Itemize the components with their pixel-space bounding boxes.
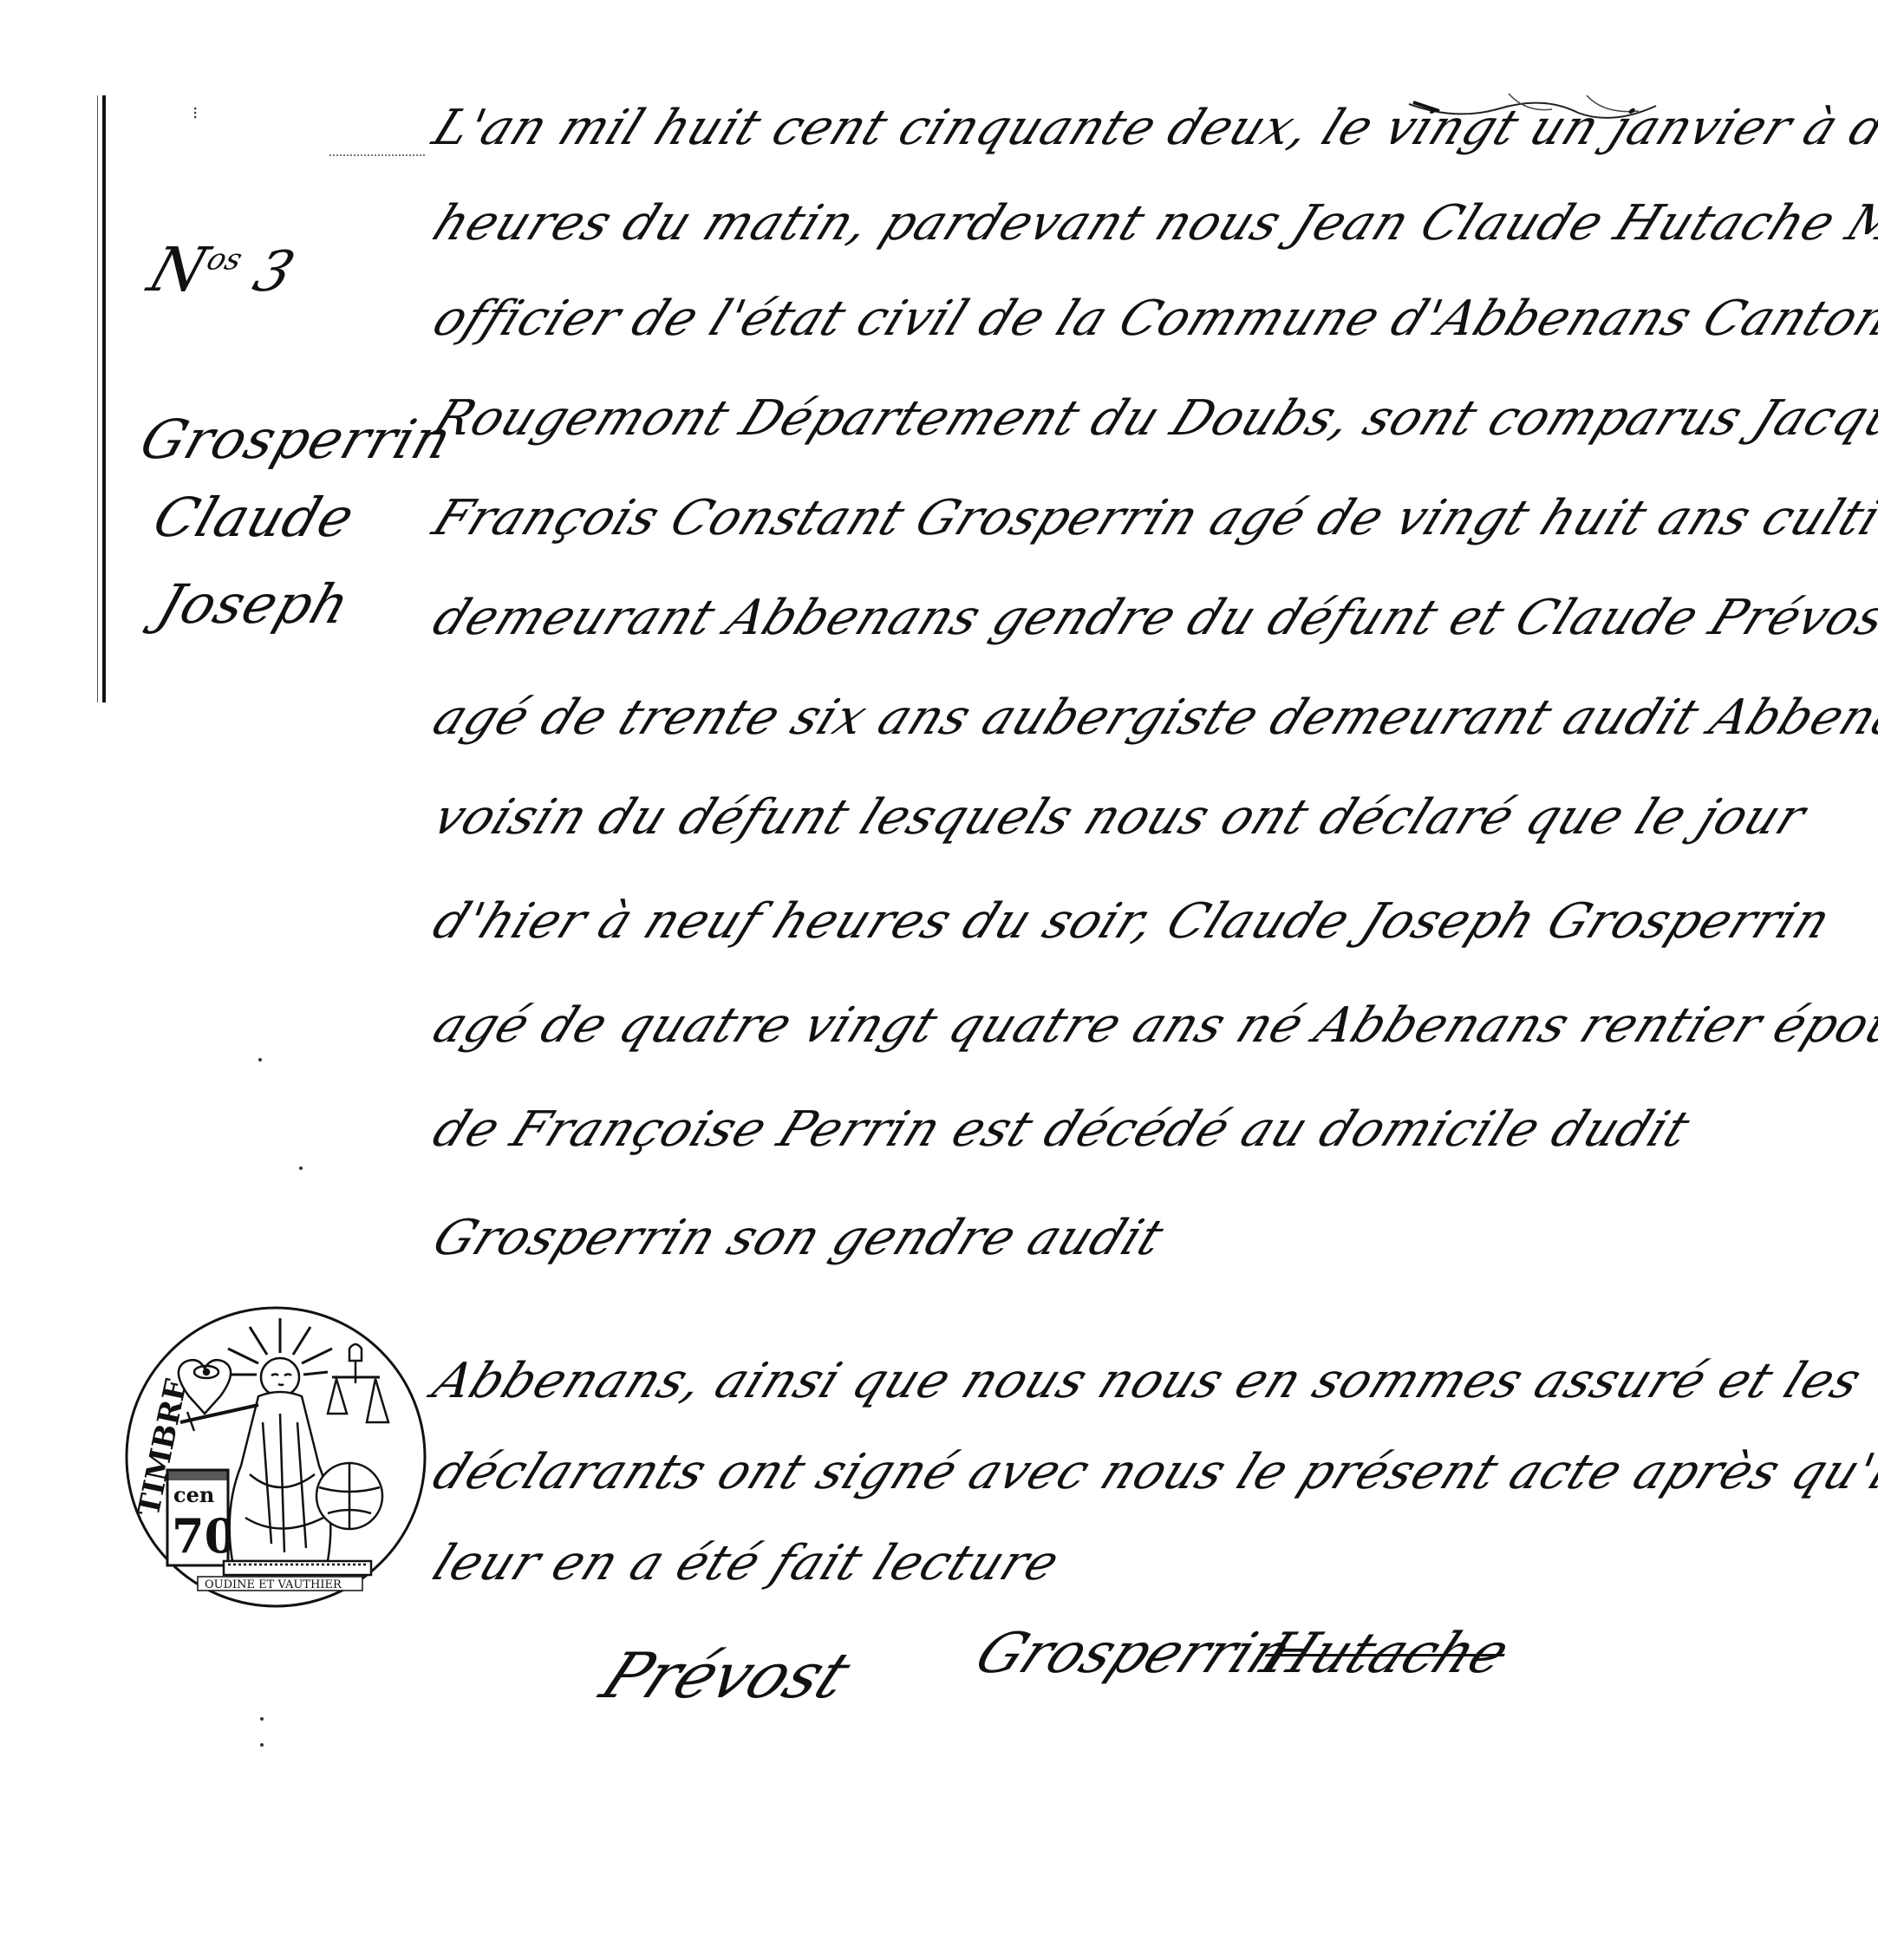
stamp-engraver: OUDINE ET VAUTHIER — [205, 1578, 342, 1591]
margin-surname: Grosperrin — [133, 408, 460, 471]
body-line-5: François Constant Grosperrin agé de ving… — [425, 490, 1878, 546]
body-line-7: agé de trente six ans aubergiste demeura… — [425, 689, 1878, 746]
leader-line — [329, 154, 425, 156]
body-line-3: officier de l'état civil de la Commune d… — [425, 291, 1878, 347]
body-line-9: d'hier à neuf heures du soir, Claude Jos… — [425, 893, 1839, 950]
body-line-11: de Françoise Perrin est décédé au domici… — [425, 1101, 1699, 1158]
scan-dot — [299, 1166, 303, 1170]
body-line-6: demeurant Abbenans gendre du défunt et C… — [425, 590, 1878, 646]
body-line-13: Abbenans, ainsi que nous nous en sommes … — [425, 1353, 1870, 1409]
body-line-14: déclarants ont signé avec nous le présen… — [425, 1444, 1878, 1500]
scan-dot — [260, 1743, 264, 1747]
signature-hutache: Hutache — [1251, 1622, 1520, 1686]
stamp-denomination-value: 70 — [172, 1508, 237, 1564]
entry-number: Nos 3 — [140, 234, 304, 305]
scan-dot — [260, 1717, 264, 1721]
ink-speck: ⁝ — [192, 102, 198, 123]
stamp-denomination-unit: cen — [173, 1482, 214, 1507]
margin-given-name-2: Joseph — [150, 572, 358, 636]
body-line-1: L'an mil huit cent cinquante deux, le vi… — [425, 100, 1878, 156]
signature-grosperrin: Grosperrin — [965, 1622, 1302, 1686]
signature-prevost: Prévost — [590, 1639, 863, 1712]
margin-rule-thin — [97, 95, 98, 702]
margin-given-name-1: Claude — [146, 486, 362, 549]
document-page: ⁝ Nos 3 Grosperrin Claude Joseph L'an mi… — [0, 0, 1878, 1960]
margin-rule — [102, 95, 106, 702]
body-line-15: leur en a été fait lecture — [425, 1535, 1068, 1591]
body-line-4: Rougemont Département du Doubs, sont com… — [425, 390, 1878, 447]
body-line-8: voisin du défunt lesquels nous ont décla… — [425, 789, 1815, 846]
body-line-2: heures du matin, pardevant nous Jean Cla… — [425, 195, 1878, 252]
timbre-stamp: TIMBRE cen 70 — [120, 1301, 432, 1613]
body-line-10: agé de quatre vingt quatre ans né Abbena… — [425, 997, 1878, 1054]
scan-dot — [258, 1058, 262, 1062]
entry-number-value: 3 — [245, 240, 302, 304]
body-line-12: Grosperrin son gendre audit — [425, 1210, 1172, 1266]
